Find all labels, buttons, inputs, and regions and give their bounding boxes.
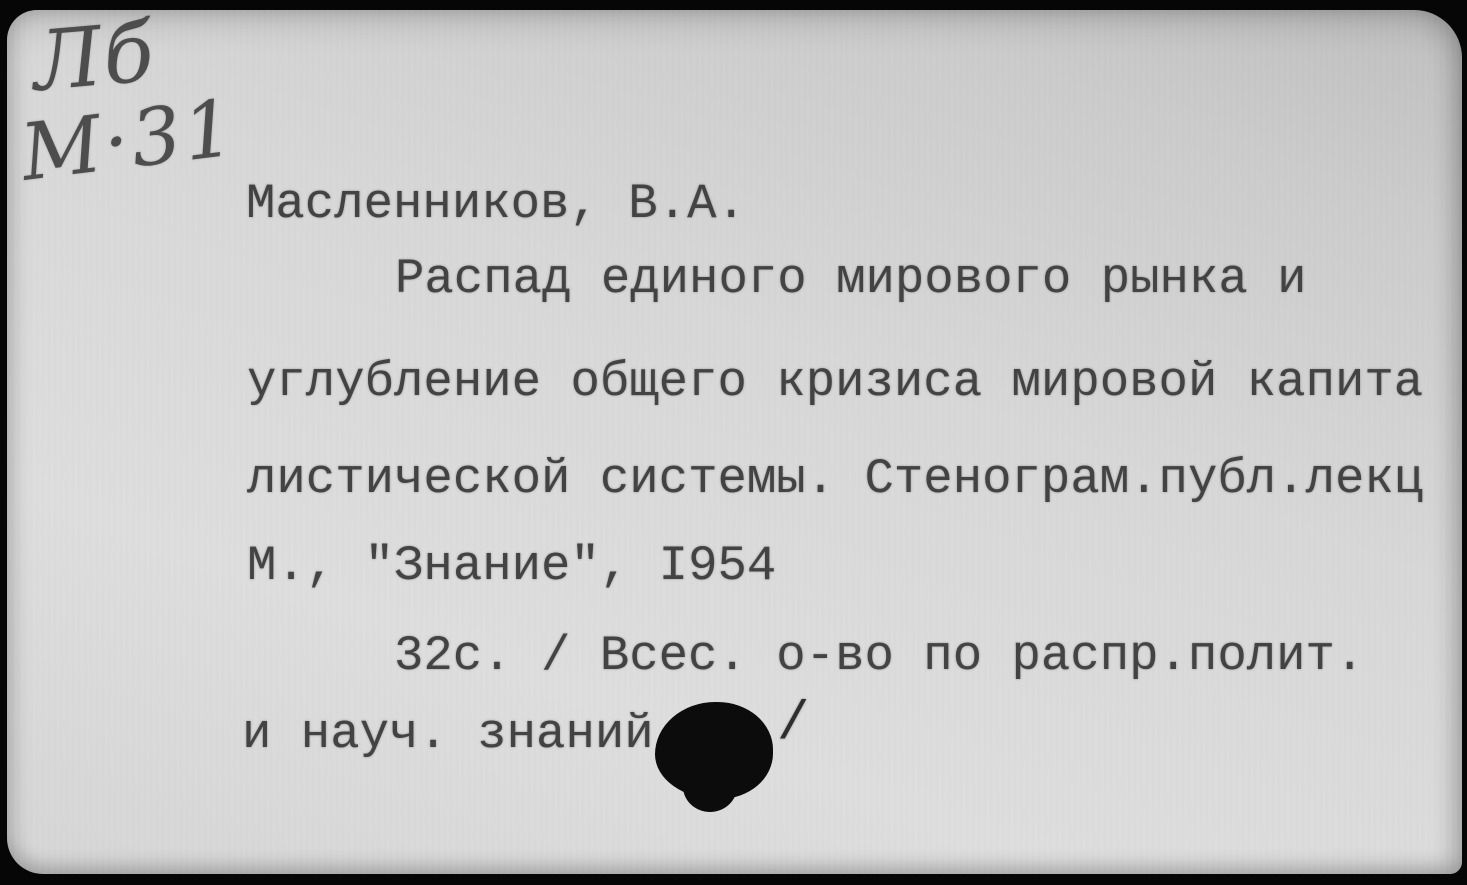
title-line-3: листической системы. Стенограм.публ.лекц <box>247 455 1423 504</box>
collation-line-2: и науч. знаний. <box>242 710 683 759</box>
scan-background: { "card": { "handwritten": { "shelf_mark… <box>0 0 1467 885</box>
author-heading: Масленников, В.А. <box>246 180 746 229</box>
catalog-card: Лб М·31 Масленников, В.А. Распад единого… <box>7 10 1462 874</box>
title-line-2: углубление общего кризиса мировой капита <box>247 358 1423 407</box>
collation-line-1: 32с. / Всес. о-во по распр.полит. <box>394 632 1364 681</box>
ink-slash-mark: / <box>777 694 809 755</box>
imprint-line: М., "Знание", I954 <box>247 542 776 591</box>
ink-blob-stamp <box>655 702 773 799</box>
title-line-1: Распад единого мирового рынка и <box>395 255 1307 304</box>
